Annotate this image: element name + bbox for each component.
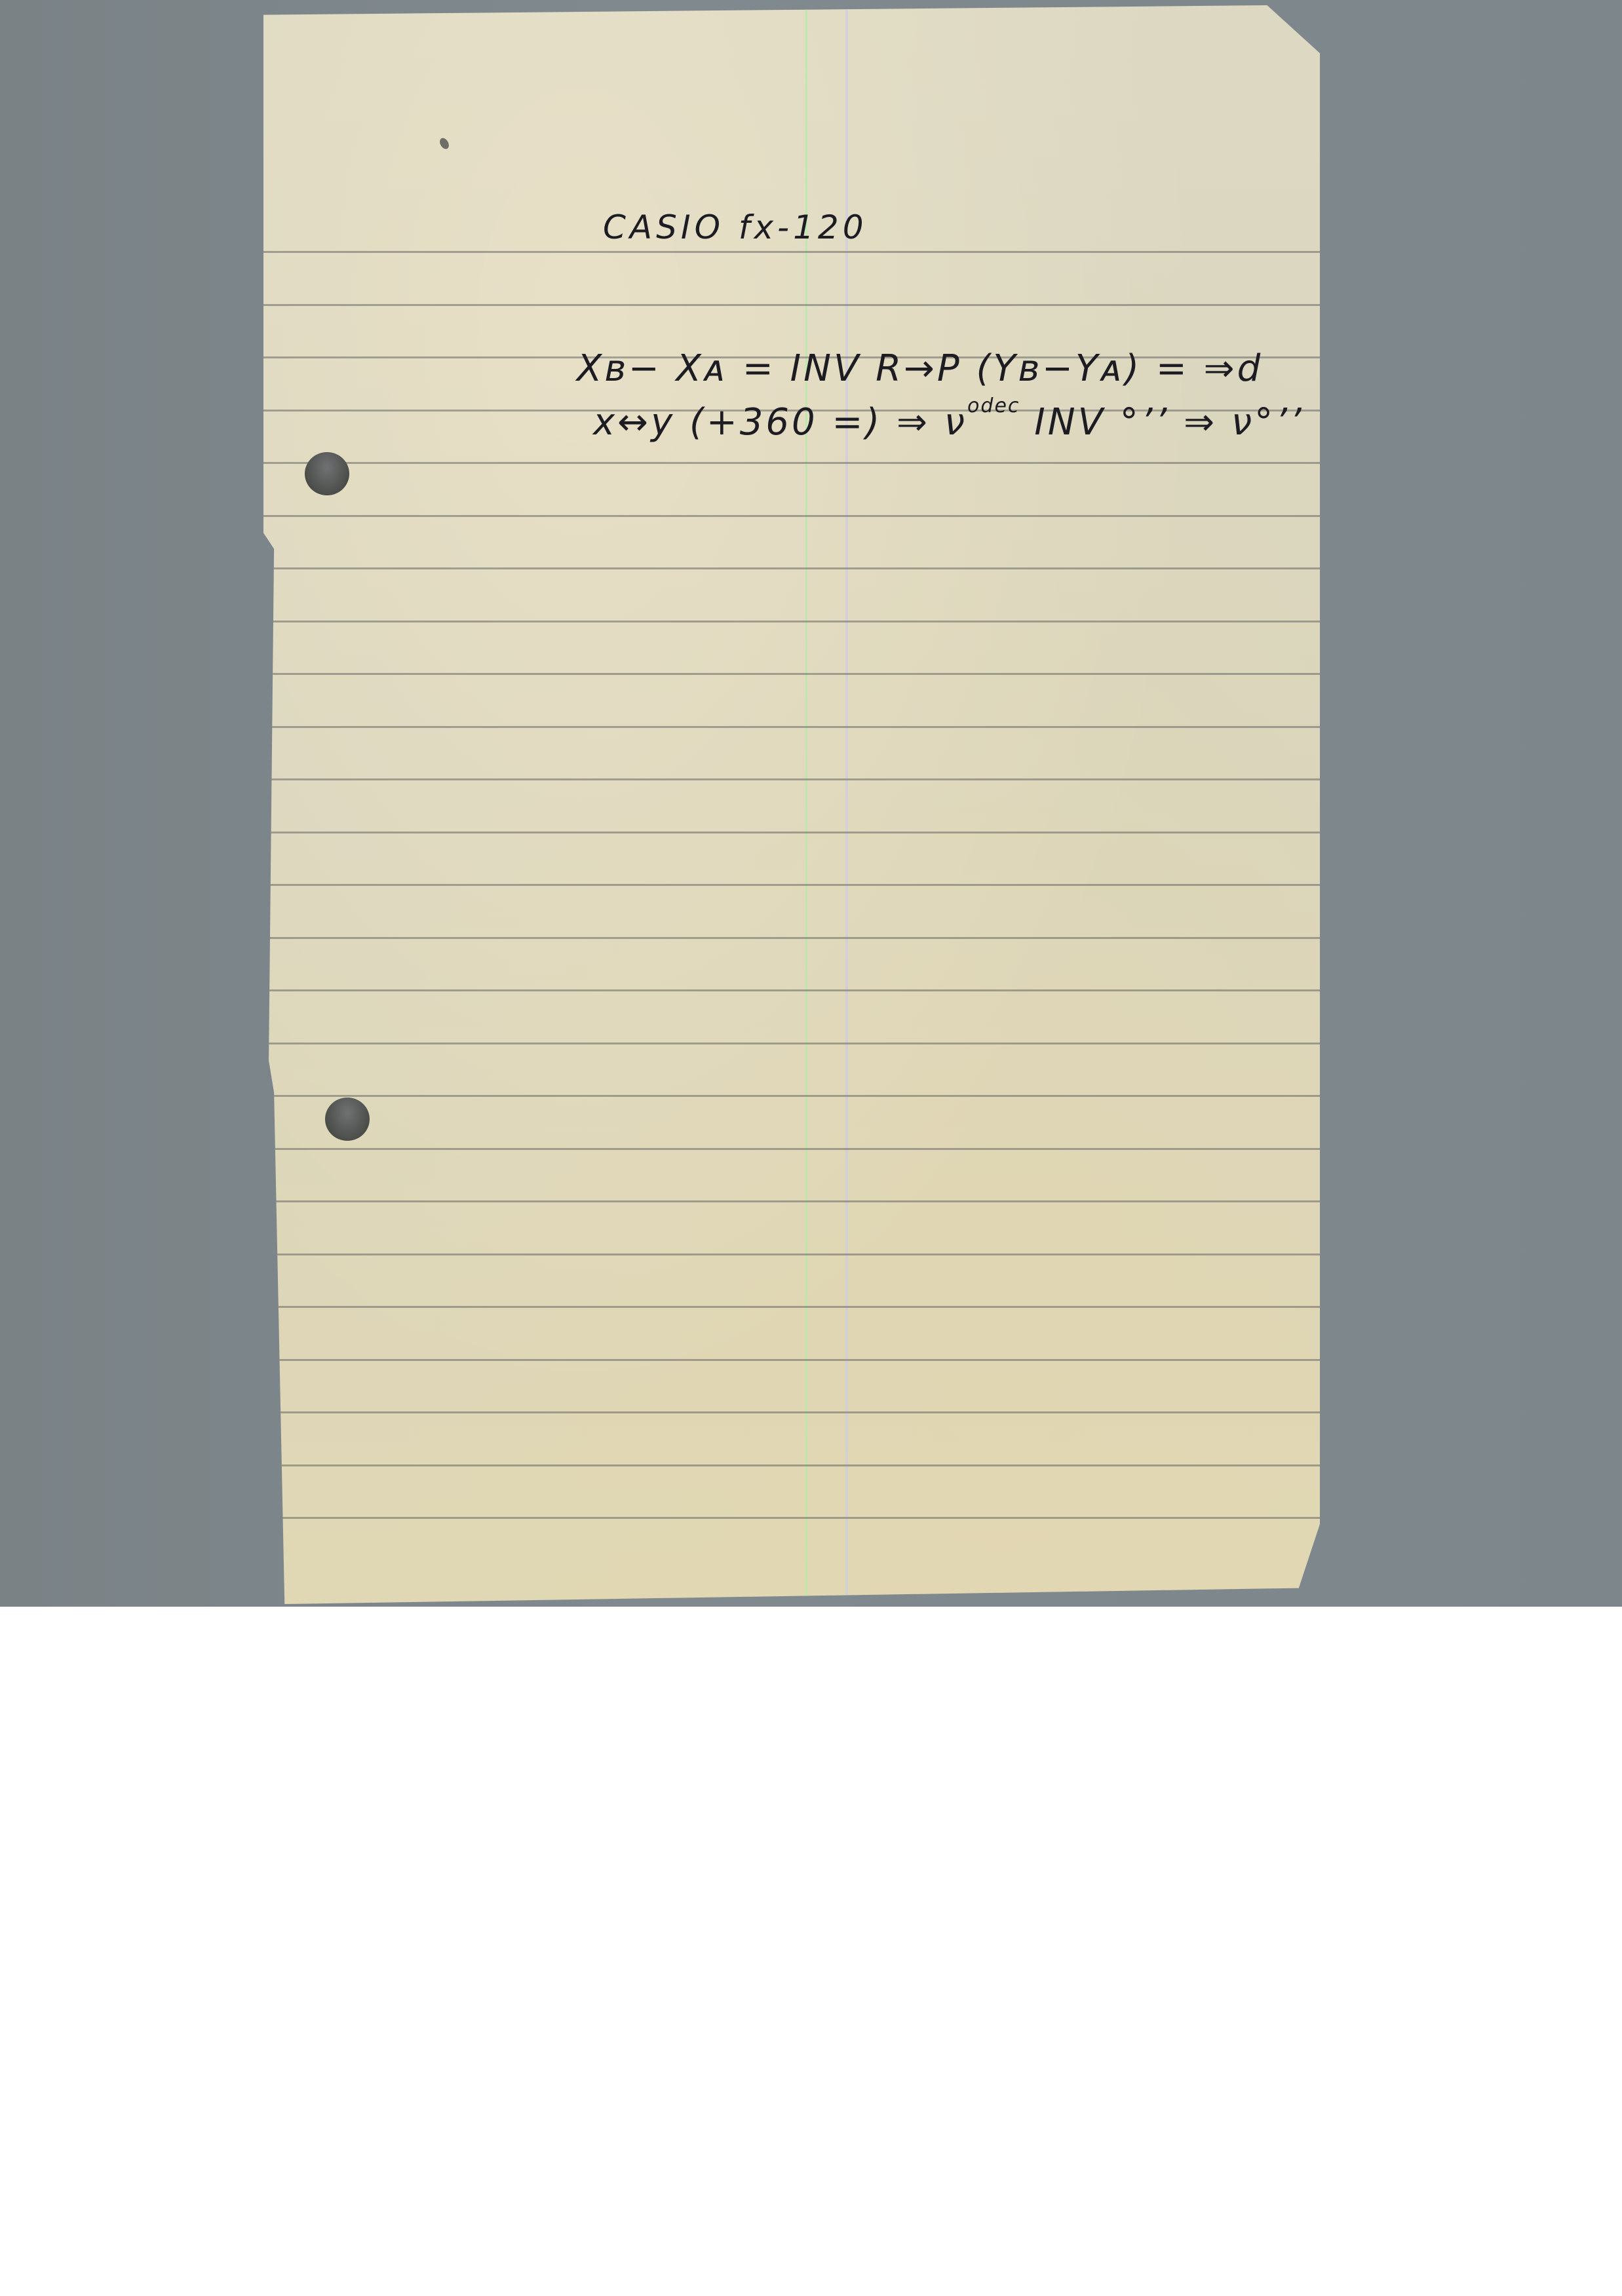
superscript-odec: odec — [967, 394, 1020, 417]
formula-line-2-tail: INV °’’ ⇒ ν°’’ — [1020, 401, 1303, 444]
ruled-line — [263, 1411, 1320, 1413]
ruled-line — [263, 832, 1320, 833]
ruled-line — [263, 989, 1320, 991]
ruled-line — [263, 1517, 1320, 1519]
ruled-line — [263, 251, 1320, 253]
ruled-line — [263, 726, 1320, 728]
ruled-line — [263, 621, 1320, 622]
ruled-line — [263, 1095, 1320, 1097]
ruled-line — [263, 462, 1320, 464]
ruled-line — [263, 304, 1320, 306]
ruled-line — [263, 567, 1320, 569]
ruled-line — [263, 1464, 1320, 1466]
formula-line-2: x↔y (+360 =) ⇒ νodec INV °’’ ⇒ ν°’’ — [593, 401, 1304, 444]
ruled-line — [263, 1359, 1320, 1361]
punch-hole — [305, 452, 349, 495]
formula-line-1: Xʙ− Xᴀ = INV R→P (Yʙ−Yᴀ) = ⇒d — [577, 347, 1263, 390]
ruled-line — [263, 515, 1320, 517]
ruled-line — [263, 778, 1320, 780]
ruled-line — [263, 1148, 1320, 1150]
punch-hole — [325, 1098, 370, 1141]
ruled-line — [263, 884, 1320, 886]
ruled-line — [263, 1043, 1320, 1044]
ruled-line — [263, 673, 1320, 675]
formula-line-2-main: x↔y (+360 =) ⇒ ν — [593, 401, 967, 444]
ruled-line — [263, 1253, 1320, 1255]
page-title-handwritten: CASIO fx-120 — [603, 208, 868, 246]
ruled-line — [263, 1306, 1320, 1308]
ruled-line — [263, 1200, 1320, 1202]
ruled-line — [263, 937, 1320, 939]
